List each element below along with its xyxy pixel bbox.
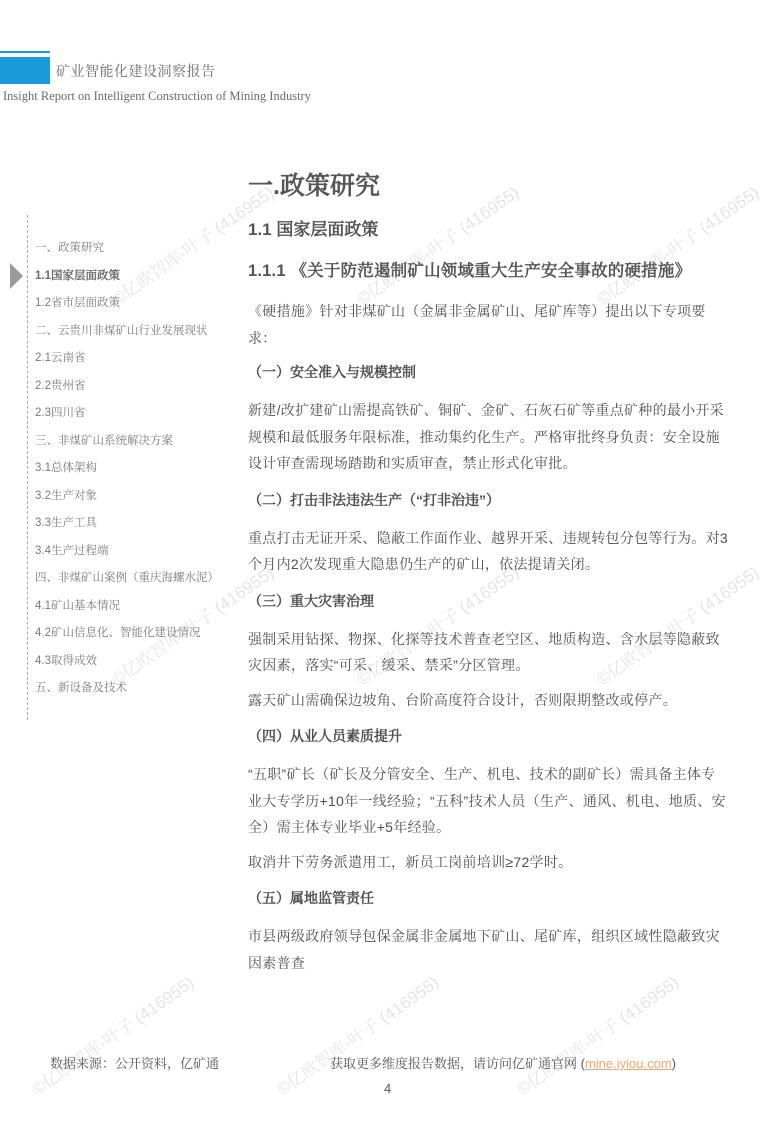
toc-item[interactable]: 1.2省市层面政策 [35, 293, 219, 321]
toc-item[interactable]: 3.3生产工具 [35, 513, 219, 541]
policy-paragraph: 强制采用钻探、物探、化探等技术普查老空区、地质构造、含水层等隐蔽致灾因素，落实“… [248, 626, 728, 679]
policy-heading: （四）从业人员素质提升 [248, 725, 728, 747]
toc-item[interactable]: 2.1云南省 [35, 348, 219, 376]
policy-paragraph: 市县两级政府领导包保金属非金属地下矿山、尾矿库，组织区域性隐蔽致灾因素普查 [248, 923, 728, 976]
watermark: ©亿欧智库-叶子 (416955) [271, 969, 443, 1100]
watermark: ©亿欧智库-叶子 (416955) [511, 969, 683, 1100]
toc-item[interactable]: 四、非煤矿山案例（重庆海螺水泥） [35, 568, 219, 596]
policy-heading: （一）安全准入与规模控制 [248, 361, 728, 383]
toc-item[interactable]: 4.1矿山基本情况 [35, 596, 219, 624]
more-info: 获取更多维度报告数据，请访问亿矿通官网 (mine.iyiou.com) [330, 1053, 676, 1072]
toc-item[interactable]: 三、非煤矿山系统解决方案 [35, 431, 219, 459]
toc-item-active[interactable]: 1.1国家层面政策 [35, 266, 219, 294]
toc-item[interactable]: 4.2矿山信息化、智能化建设情况 [35, 623, 219, 651]
table-of-contents: 一、政策研究 1.1国家层面政策 1.2省市层面政策 二、云贵川非煤矿山行业发展… [35, 238, 219, 706]
toc-item[interactable]: 2.2贵州省 [35, 376, 219, 404]
toc-item[interactable]: 3.1总体架构 [35, 458, 219, 486]
data-source: 数据来源：公开资料，亿矿通 [50, 1053, 219, 1072]
intro-paragraph: 《硬措施》针对非煤矿山（金属非金属矿山、尾矿库等）提出以下专项要求： [248, 298, 728, 351]
policy-heading: （五）属地监管责任 [248, 887, 728, 909]
toc-item[interactable]: 2.3四川省 [35, 403, 219, 431]
toc-current-marker-icon [10, 263, 23, 289]
website-link[interactable]: mine.iyiou.com [585, 1056, 672, 1071]
toc-item[interactable]: 3.2生产对象 [35, 486, 219, 514]
policy-paragraph: 重点打击无证开采、隐蔽工作面作业、越界开采、违规转包分包等行为。对3个月内2次发… [248, 525, 728, 578]
more-info-suffix: ) [672, 1056, 676, 1071]
subsection-title: 1.1 国家层面政策 [248, 218, 728, 258]
report-subtitle: Insight Report on Intelligent Constructi… [3, 89, 311, 104]
section-title: 一.政策研究 [248, 168, 728, 218]
main-content: 一.政策研究 1.1 国家层面政策 1.1.1 《关于防范遏制矿山领域重大生产安… [248, 168, 728, 984]
header-accent-block [0, 57, 50, 84]
policy-paragraph: “五职”矿长（矿长及分管安全、生产、机电、技术的副矿长）需具备主体专业大专学历+… [248, 761, 728, 841]
toc-dashed-line [27, 215, 28, 720]
header-accent-line [0, 51, 50, 53]
report-title: 矿业智能化建设洞察报告 [56, 61, 216, 81]
toc-item[interactable]: 3.4生产过程端 [35, 541, 219, 569]
policy-title: 1.1.1 《关于防范遏制矿山领域重大生产安全事故的硬措施》 [248, 258, 728, 298]
toc-item[interactable]: 五、新设备及技术 [35, 678, 219, 706]
page-number: 4 [384, 1081, 391, 1096]
policy-paragraph: 露天矿山需确保边坡角、台阶高度符合设计，否则限期整改或停产。 [248, 687, 728, 714]
policy-paragraph: 取消井下劳务派遣用工，新员工岗前培训≥72学时。 [248, 849, 728, 876]
toc-item[interactable]: 4.3取得成效 [35, 651, 219, 679]
watermark: ©亿欧智库-叶子 (416955) [26, 969, 198, 1100]
policy-heading: （二）打击非法违法生产（“打非治违”） [248, 489, 728, 511]
more-info-prefix: 获取更多维度报告数据，请访问亿矿通官网 ( [330, 1056, 585, 1071]
policy-heading: （三）重大灾害治理 [248, 590, 728, 612]
toc-item[interactable]: 一、政策研究 [35, 238, 219, 266]
policy-paragraph: 新建/改扩建矿山需提高铁矿、铜矿、金矿、石灰石矿等重点矿种的最小开采规模和最低服… [248, 397, 728, 477]
toc-item[interactable]: 二、云贵川非煤矿山行业发展现状 [35, 321, 219, 349]
